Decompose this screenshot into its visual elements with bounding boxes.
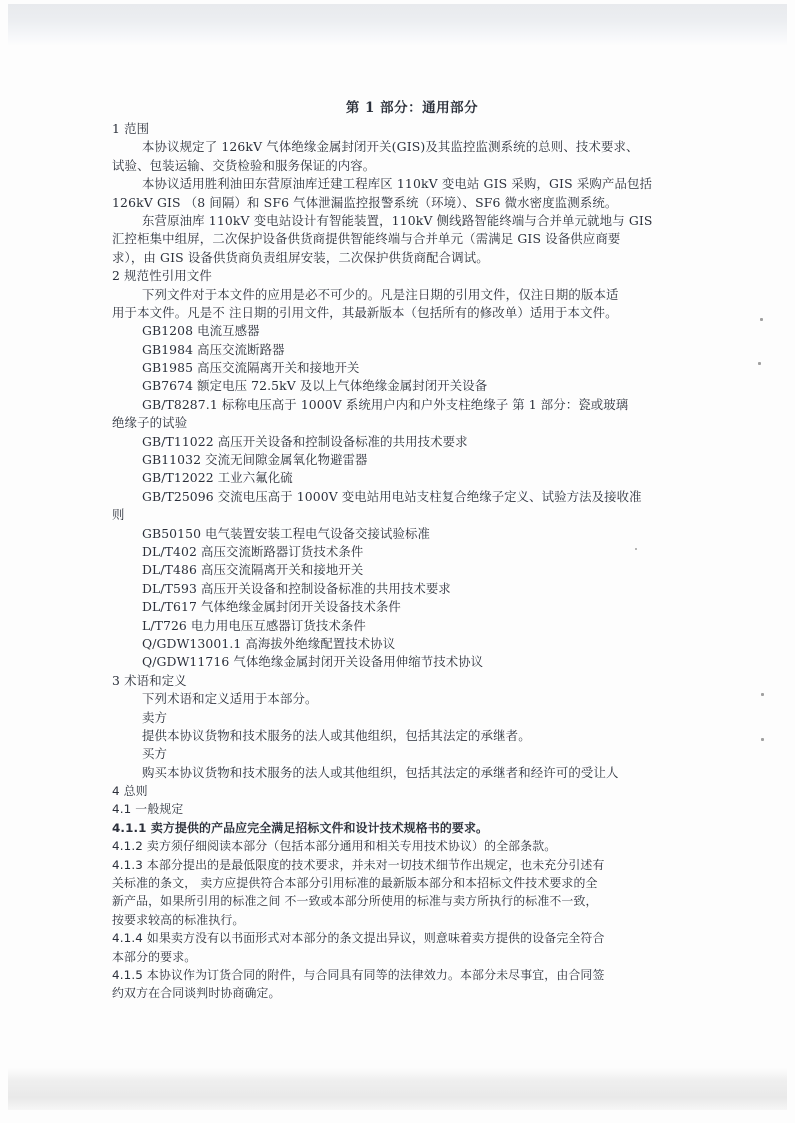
reference-item: Q/GDW11716 气体绝缘金属封闭开关设备用伸缩节技术协议: [112, 653, 712, 671]
reference-item: GB50150 电气装置安装工程电气设备交接试验标准: [112, 525, 712, 543]
scan-speck: [760, 318, 763, 321]
term-seller: 卖方: [112, 709, 712, 727]
clause-line: 按要求较高的标准执行。: [112, 911, 712, 929]
reference-item: GB11032 交流无间隙金属氧化物避雷器: [112, 451, 712, 469]
reference-item: GB1208 电流互感器: [112, 322, 712, 340]
reference-item: GB/T11022 高压开关设备和控制设备标准的共用技术要求: [112, 433, 712, 451]
term-definition: 购买本协议货物和技术服务的法人或其他组织，包括其法定的承继者和经许可的受让人: [112, 764, 712, 782]
paragraph-line: 126kV GIS （8 间隔）和 SF6 气体泄漏监控报警系统（环境）、SF6…: [112, 194, 712, 212]
reference-item: DL/T402 高压交流断路器订货技术条件: [112, 543, 712, 561]
scan-speck: [761, 738, 764, 741]
reference-item: GB/T12022 工业六氟化硫: [112, 469, 712, 487]
term-definition: 提供本协议货物和技术服务的法人或其他组织，包括其法定的承继者。: [112, 727, 712, 745]
paragraph-line: 本协议适用胜利油田东营原油库迁建工程库区 110kV 变电站 GIS 采购，GI…: [112, 175, 712, 193]
section-2-heading: 2 规范性引用文件: [112, 267, 712, 285]
clause-line: 4.1.5 本协议作为订货合同的附件，与合同具有同等的法律效力。本部分未尽事宜，…: [112, 966, 712, 984]
reference-item: GB7674 额定电压 72.5kV 及以上气体绝缘金属封闭开关设备: [112, 377, 712, 395]
paragraph-line: 下列文件对于本文件的应用是必不可少的。凡是注日期的引用文件，仅注日期的版本适: [112, 286, 712, 304]
document-page: 第 1 部分：通用部分 1 范围 本协议规定了 126kV 气体绝缘金属封闭开关…: [112, 98, 712, 1003]
paragraph-line: 本协议规定了 126kV 气体绝缘金属封闭开关(GIS)及其监控监测系统的总则、…: [112, 138, 712, 156]
scan-edge-bottom: [8, 1068, 787, 1110]
paragraph-line: 下列术语和定义适用于本部分。: [112, 690, 712, 708]
reference-item: DL/T486 高压交流隔离开关和接地开关: [112, 561, 712, 579]
paragraph-line: 求），由 GIS 设备供货商负责组屏安装，二次保护供货商配合调试。: [112, 249, 712, 267]
scan-speck: [758, 362, 761, 365]
section-3-heading: 3 术语和定义: [112, 672, 712, 690]
paragraph-line: 东营原油库 110kV 变电站设计有智能装置，110kV 侧线路智能终端与合并单…: [112, 212, 712, 230]
reference-item: DL/T593 高压开关设备和控制设备标准的共用技术要求: [112, 580, 712, 598]
clause-line: 4.1.2 卖方须仔细阅读本部分（包括本部分通用和相关专用技术协议）的全部条款。: [112, 837, 712, 855]
term-buyer: 买方: [112, 745, 712, 763]
clause-line: 约双方在合同谈判时协商确定。: [112, 984, 712, 1002]
section-1-heading: 1 范围: [112, 120, 712, 138]
reference-item: GB1984 高压交流断路器: [112, 341, 712, 359]
scan-speck: [761, 693, 764, 696]
paragraph-line: 试验、包装运输、交货检验和服务保证的内容。: [112, 157, 712, 175]
clause-line: 4.1.1 卖方提供的产品应完全满足招标文件和设计技术规格书的要求。: [112, 819, 712, 837]
page-title: 第 1 部分：通用部分: [112, 98, 712, 118]
clause-line: 关标准的条文， 卖方应提供符合本部分引用标准的最新版本部分和本招标文件技术要求的…: [112, 874, 712, 892]
subsection-heading: 4.1 一般规定: [112, 800, 712, 818]
reference-item-continuation: 则: [112, 506, 712, 524]
clause-line: 新产品，如果所引用的标准之间 不一致或本部分所使用的标准与卖方所执行的标准不一致…: [112, 892, 712, 910]
reference-item: GB/T8287.1 标称电压高于 1000V 系统用户内和户外支柱绝缘子 第 …: [112, 396, 712, 414]
section-4-heading: 4 总则: [112, 782, 712, 800]
reference-item: Q/GDW13001.1 高海拔外绝缘配置技术协议: [112, 635, 712, 653]
clause-line: 本部分的要求。: [112, 948, 712, 966]
reference-item: GB/T25096 交流电压高于 1000V 变电站用电站支柱复合绝缘子定义、试…: [112, 488, 712, 506]
reference-item-continuation: 绝缘子的试验: [112, 414, 712, 432]
clause-line: 4.1.4 如果卖方没有以书面形式对本部分的条文提出异议，则意味着卖方提供的设备…: [112, 929, 712, 947]
paragraph-line: 汇控柜集中组屏，二次保护设备供货商提供智能终端与合并单元（需满足 GIS 设备供…: [112, 230, 712, 248]
reference-item: GB1985 高压交流隔离开关和接地开关: [112, 359, 712, 377]
scan-edge-top: [8, 4, 787, 46]
paragraph-line: 用于本文件。凡是不 注日期的引用文件，其最新版本（包括所有的修改单）适用于本文件…: [112, 304, 712, 322]
clause-line: 4.1.3 本部分提出的是最低限度的技术要求，并未对一切技术细节作出规定，也未充…: [112, 856, 712, 874]
reference-item: DL/T617 气体绝缘金属封闭开关设备技术条件: [112, 598, 712, 616]
reference-item: L/T726 电力用电压互感器订货技术条件: [112, 617, 712, 635]
